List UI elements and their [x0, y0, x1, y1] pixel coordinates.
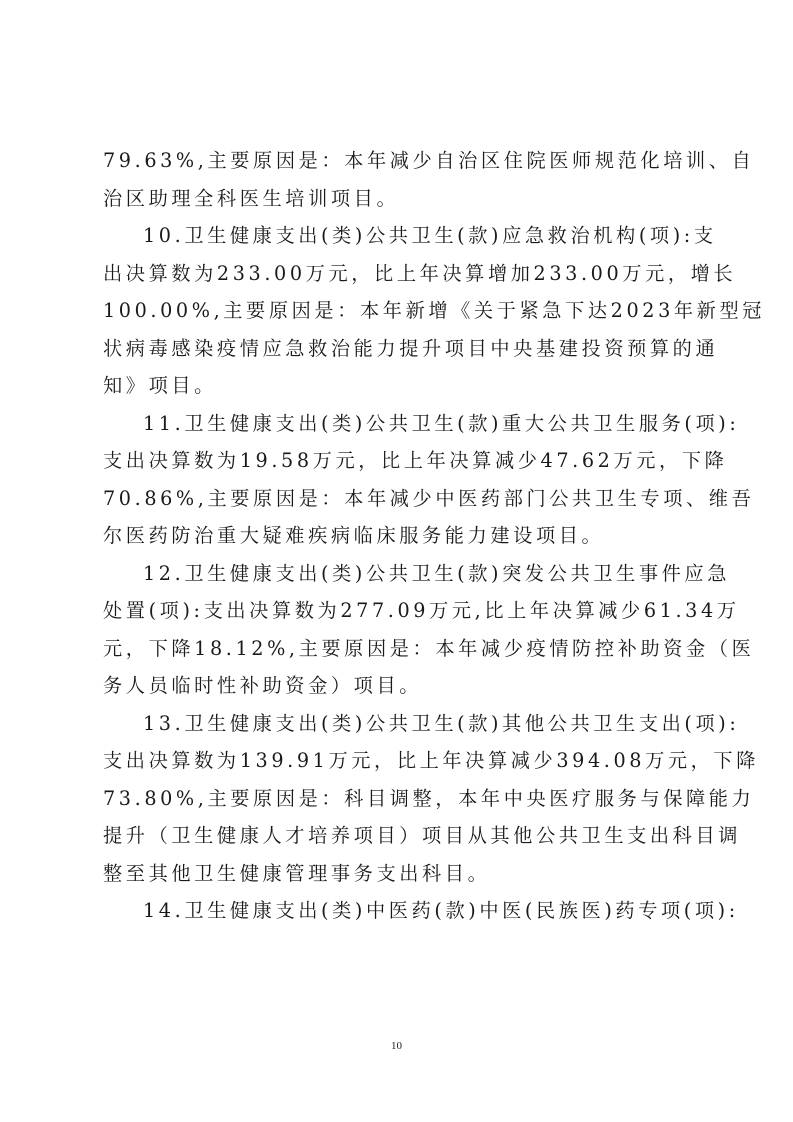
paragraph-item-11: 11.卫生健康支出(类)公共卫生(款)重大公共卫生服务(项): 支出决算数为19… [103, 405, 715, 555]
text-line: 14.卫生健康支出(类)中医药(款)中医(民族医)药专项(项): [103, 892, 715, 930]
text-line: 务人员临时性补助资金）项目。 [103, 667, 715, 705]
paragraph-item-13: 13.卫生健康支出(类)公共卫生(款)其他公共卫生支出(项): 支出决算数为13… [103, 705, 715, 893]
text-line: 尔医药防治重大疑难疾病临床服务能力建设项目。 [103, 517, 715, 555]
text-line: 知》项目。 [103, 367, 715, 405]
page-number: 10 [0, 1040, 793, 1052]
text-line: 12.卫生健康支出(类)公共卫生(款)突发公共卫生事件应急 [103, 555, 715, 593]
paragraph-item-14: 14.卫生健康支出(类)中医药(款)中医(民族医)药专项(项): [103, 892, 715, 930]
text-line: 10.卫生健康支出(类)公共卫生(款)应急救治机构(项):支 [103, 217, 715, 255]
text-line: 70.86%,主要原因是：本年减少中医药部门公共卫生专项、维吾 [103, 480, 715, 518]
text-line: 出决算数为233.00万元，比上年决算增加233.00万元，增长 [103, 255, 715, 293]
text-line: 13.卫生健康支出(类)公共卫生(款)其他公共卫生支出(项): [103, 705, 715, 743]
text-line: 100.00%,主要原因是：本年新增《关于紧急下达2023年新型冠 [103, 292, 715, 330]
text-line: 整至其他卫生健康管理事务支出科目。 [103, 855, 715, 893]
text-line: 支出决算数为19.58万元，比上年决算减少47.62万元，下降 [103, 442, 715, 480]
text-line: 11.卫生健康支出(类)公共卫生(款)重大公共卫生服务(项): [103, 405, 715, 443]
text-line: 73.80%,主要原因是：科目调整，本年中央医疗服务与保障能力 [103, 780, 715, 818]
text-line: 治区助理全科医生培训项目。 [103, 180, 715, 218]
text-line: 支出决算数为139.91万元，比上年决算减少394.08万元，下降 [103, 742, 715, 780]
document-body: 79.63%,主要原因是：本年减少自治区住院医师规范化培训、自 治区助理全科医生… [103, 142, 715, 930]
text-line: 状病毒感染疫情应急救治能力提升项目中央基建投资预算的通 [103, 330, 715, 368]
text-line: 提升（卫生健康人才培养项目）项目从其他公共卫生支出科目调 [103, 817, 715, 855]
text-line: 处置(项):支出决算数为277.09万元,比上年决算减少61.34万 [103, 592, 715, 630]
text-line: 79.63%,主要原因是：本年减少自治区住院医师规范化培训、自 [103, 142, 715, 180]
text-line: 元，下降18.12%,主要原因是：本年减少疫情防控补助资金（医 [103, 630, 715, 668]
paragraph-item-9-continuation: 79.63%,主要原因是：本年减少自治区住院医师规范化培训、自 治区助理全科医生… [103, 142, 715, 217]
paragraph-item-10: 10.卫生健康支出(类)公共卫生(款)应急救治机构(项):支 出决算数为233.… [103, 217, 715, 405]
paragraph-item-12: 12.卫生健康支出(类)公共卫生(款)突发公共卫生事件应急 处置(项):支出决算… [103, 555, 715, 705]
